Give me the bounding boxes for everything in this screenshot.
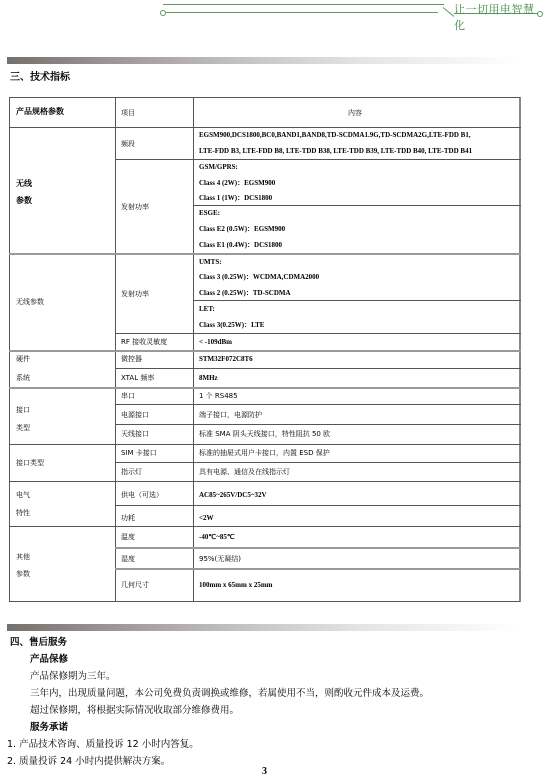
table-row-divider bbox=[115, 505, 521, 506]
table-header-content: 内容 bbox=[348, 109, 362, 117]
table-content: Class 1 (1W)：DCS1800 bbox=[199, 194, 272, 202]
table-content: LET: bbox=[199, 305, 215, 313]
table-row-divider bbox=[9, 444, 521, 445]
table-row-divider bbox=[115, 424, 521, 425]
table-content: 标准的抽屉式用户卡接口，内置 ESD 保护 bbox=[199, 449, 330, 457]
table-item: 发射功率 bbox=[121, 203, 149, 211]
table-content: STM32F072C8T6 bbox=[199, 355, 253, 363]
table-content: Class E2 (0.5W)：EGSM900 bbox=[199, 225, 285, 233]
table-content: 1 个 RS485 bbox=[199, 392, 238, 400]
table-item: 频段 bbox=[121, 140, 135, 148]
table-subrow-divider bbox=[193, 205, 521, 206]
table-item: RF 接收灵敏度 bbox=[121, 338, 167, 346]
table-item: 指示灯 bbox=[121, 468, 142, 476]
table-row-divider bbox=[115, 159, 521, 160]
table-row-divider bbox=[115, 462, 521, 463]
table-category: 接口类型 bbox=[16, 459, 44, 467]
section-title-after-sales: 四、售后服务 bbox=[10, 634, 67, 648]
promise-heading: 服务承诺 bbox=[30, 719, 68, 733]
table-item: 串口 bbox=[121, 392, 135, 400]
table-item: 发射功率 bbox=[121, 290, 149, 298]
table-content: UMTS: bbox=[199, 258, 222, 266]
table-content: AC85~265V/DC5~32V bbox=[199, 491, 267, 499]
table-item: XTAL 频率 bbox=[121, 374, 154, 382]
table-item: 功耗 bbox=[121, 514, 135, 522]
header-dot-icon bbox=[160, 10, 166, 16]
table-content: < -109dBm bbox=[199, 338, 232, 346]
table-header-spec: 产品规格参数 bbox=[16, 108, 64, 116]
table-row-divider bbox=[9, 387, 521, 389]
table-row-divider bbox=[115, 568, 521, 570]
table-category: 其他 bbox=[16, 553, 30, 561]
table-content: Class 4 (2W)：EGSM900 bbox=[199, 179, 275, 187]
table-item: 湿度 bbox=[121, 555, 135, 563]
table-category: 参数 bbox=[16, 197, 32, 205]
header-line-top bbox=[163, 4, 444, 5]
section-title-tech-specs: 三、技术指标 bbox=[10, 68, 70, 83]
table-content: Class 3 (0.25W)：WCDMA,CDMA2000 bbox=[199, 273, 319, 281]
table-category: 电气 bbox=[16, 491, 30, 499]
table-content: -40℃~85℃ bbox=[199, 533, 235, 541]
table-content: 端子接口，电源防护 bbox=[199, 411, 262, 419]
table-header-item: 项目 bbox=[121, 109, 135, 117]
table-content: 95%(无凝结) bbox=[199, 555, 241, 563]
table-category: 参数 bbox=[16, 570, 30, 578]
table-row-divider bbox=[115, 547, 521, 549]
table-row-divider bbox=[115, 368, 521, 369]
warranty-line: 三年内，出现质量问题，本公司免费负责调换或维修，若属使用不当，则酌收元件成本及运… bbox=[30, 685, 429, 699]
header-line-bottom bbox=[166, 12, 438, 13]
table-subrow-divider bbox=[193, 300, 521, 301]
table-content: EGSM900,DCS1800,BC0,BAND1,BAND8,TD-SCDMA… bbox=[199, 131, 471, 139]
promise-item: 1. 产品技术咨询、质量投诉 12 小时内答复。 bbox=[7, 736, 199, 750]
table-row-divider bbox=[9, 481, 521, 482]
table-content: ESGE: bbox=[199, 209, 220, 217]
table-category: 无线参数 bbox=[16, 298, 44, 306]
promise-item: 2. 质量投诉 24 小时内提供解决方案。 bbox=[7, 753, 170, 767]
table-content: Class 2 (0.25W)：TD-SCDMA bbox=[199, 289, 291, 297]
table-row-divider bbox=[115, 333, 521, 334]
table-category: 硬件 bbox=[16, 355, 30, 363]
table-content: GSM/GPRS: bbox=[199, 163, 238, 171]
table-row-divider bbox=[9, 526, 521, 527]
table-item: 微控器 bbox=[121, 355, 142, 363]
table-category: 无线 bbox=[16, 180, 32, 188]
table-content: Class E1 (0.4W)：DCS1800 bbox=[199, 241, 282, 249]
table-category: 类型 bbox=[16, 424, 30, 432]
section-divider-bar bbox=[7, 57, 520, 64]
table-content: <2W bbox=[199, 514, 214, 522]
table-row-divider bbox=[9, 127, 521, 128]
table-category: 特性 bbox=[16, 509, 30, 517]
warranty-line: 产品保修期为三年。 bbox=[30, 668, 116, 682]
table-content: 8MHz bbox=[199, 374, 218, 382]
table-content: 100mm x 65mm x 25mm bbox=[199, 581, 273, 589]
table-row-divider bbox=[9, 253, 521, 255]
table-item: 供电（可选） bbox=[121, 491, 163, 499]
table-content: Class 3(0.25W)：LTE bbox=[199, 321, 264, 329]
warranty-line: 超过保修期，将根据实际情况收取部分维修费用。 bbox=[30, 702, 239, 716]
page-number: 3 bbox=[262, 766, 267, 777]
table-row-divider bbox=[9, 350, 521, 352]
header-slogan: 让一切用电智慧化 bbox=[454, 1, 544, 33]
table-category: 系统 bbox=[16, 374, 30, 382]
table-row-divider bbox=[115, 404, 521, 405]
section-divider-bar bbox=[7, 624, 520, 631]
table-content: 标准 SMA 阴头天线接口，特性阻抗 50 欧 bbox=[199, 430, 330, 438]
warranty-heading: 产品保修 bbox=[30, 651, 68, 665]
table-item: 几何尺寸 bbox=[121, 581, 149, 589]
table-item: 电源接口 bbox=[121, 411, 149, 419]
table-item: SIM 卡接口 bbox=[121, 449, 157, 457]
table-item: 天线接口 bbox=[121, 430, 149, 438]
table-item: 温度 bbox=[121, 533, 135, 541]
table-content: LTE-FDD B3, LTE-FDD B8, LTE-TDD B38, LTE… bbox=[199, 147, 472, 155]
table-category: 接口 bbox=[16, 406, 30, 414]
table-content: 具有电源、通信及在线指示灯 bbox=[199, 468, 290, 476]
